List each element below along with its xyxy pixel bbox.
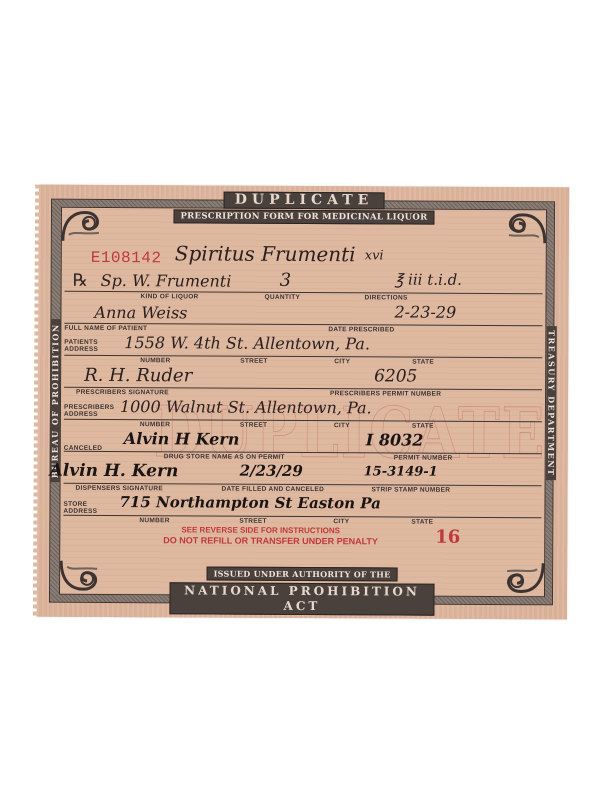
handwriting-directions: ℥ iii t.i.d. (395, 270, 462, 288)
label-date-prescribed: DATE PRESCRIBED (328, 326, 394, 333)
label-store-address: STORE ADDRESS (63, 501, 103, 515)
label-permit-number: PERMIT NUMBER (394, 454, 453, 461)
label-drug-store-name: DRUG STORE NAME AS ON PERMIT (164, 453, 285, 461)
handwriting-liquor: Sp. W. Frumenti (101, 271, 232, 291)
label-date-filled: DATE FILLED AND CANCELED (222, 486, 325, 494)
handwriting-prescriber-address: 1000 Walnut St. Allentown, Pa. (120, 397, 372, 417)
serial-number: E108142 (91, 249, 162, 267)
penalty-notice: DO NOT REFILL OR TRANSFER UNDER PENALTY (163, 535, 378, 546)
handwriting-canceled-store: Alvin H Kern (124, 429, 240, 449)
duplicate-title: DUPLICATE (224, 192, 385, 210)
handwriting-quantity-extra: xvi (365, 248, 384, 263)
header-banner: DUPLICATE PRESCRIPTION FORM FOR MEDICINA… (173, 190, 434, 224)
label-city: CITY (334, 358, 350, 365)
handwriting-store-address: 715 Northampton St Easton Pa (119, 493, 380, 512)
handwriting-patient-name: Anna Weiss (94, 303, 187, 322)
side-text-left: BUREAU OF PROHIBITION (50, 319, 61, 482)
instructions-notice: SEE REVERSE SIDE FOR INSTRUCTIONS (181, 525, 340, 535)
side-text-right: TREASURY DEPARTMENT (546, 326, 557, 480)
handwriting-patient-address: 1558 W. 4th St. Allentown, Pa. (124, 333, 370, 353)
handwriting-date-prescribed: 2-23-29 (394, 302, 456, 321)
label-city: CITY (333, 518, 349, 525)
label-kind-of-liquor: KIND OF LIQUOR (141, 293, 199, 300)
label-number: NUMBER (140, 421, 170, 428)
form-number: 16 (435, 527, 460, 548)
label-state: STATE (412, 359, 434, 366)
handwriting-quantity: 3 (280, 270, 292, 291)
handwriting-strip-stamp: 15-3149-1 (364, 464, 438, 479)
rule-line (64, 451, 542, 455)
label-number: NUMBER (140, 357, 170, 364)
handwriting-date-filled: 2/23/29 (240, 462, 303, 480)
label-prescriber-permit: PRESCRIBERS PERMIT NUMBER (330, 390, 441, 398)
label-prescriber-signature: PRESCRIBERS SIGNATURE (76, 389, 169, 396)
rule-line (65, 291, 543, 295)
label-patients-address: PATIENTS ADDRESS (64, 339, 104, 353)
prescription-form: DUPLICATE PRESCRIPTION FORM FOR MEDICINA… (37, 185, 569, 620)
label-state: STATE (411, 519, 433, 526)
rule-line (64, 419, 542, 423)
rx-symbol: ℞ (73, 271, 88, 291)
label-patient-name: FULL NAME OF PATIENT (64, 325, 147, 332)
rule-line (63, 515, 541, 519)
handwriting-liquor-top: Spiritus Frumenti (175, 241, 356, 266)
handwriting-prescriber-signature: R. H. Ruder (84, 365, 192, 387)
label-prescribers-address: PRESCRIBERS ADDRESS (64, 404, 110, 418)
handwriting-store-permit: I 8032 (366, 430, 424, 449)
label-street: STREET (239, 518, 266, 525)
handwriting-prescriber-permit: 6205 (374, 366, 417, 386)
handwriting-dispenser-signature: Alvin H. Kern (50, 461, 179, 482)
label-strip-stamp: STRIP STAMP NUMBER (372, 486, 451, 493)
label-street: STREET (240, 358, 267, 365)
form-fields: DUPLICATE E108142 Spiritus Frumenti xvi … (63, 229, 543, 579)
label-number: NUMBER (139, 517, 169, 524)
label-street: STREET (240, 422, 267, 429)
label-quantity: QUANTITY (265, 294, 301, 301)
rule-line (64, 355, 542, 359)
label-city: CITY (334, 422, 350, 429)
label-state: STATE (412, 423, 434, 430)
label-dispenser-signature: DISPENSERS SIGNATURE (76, 485, 164, 492)
form-title: PRESCRIPTION FORM FOR MEDICINAL LIQUOR (173, 209, 434, 224)
act-title: NATIONAL PROHIBITION ACT (169, 582, 434, 615)
label-directions: DIRECTIONS (365, 294, 408, 301)
